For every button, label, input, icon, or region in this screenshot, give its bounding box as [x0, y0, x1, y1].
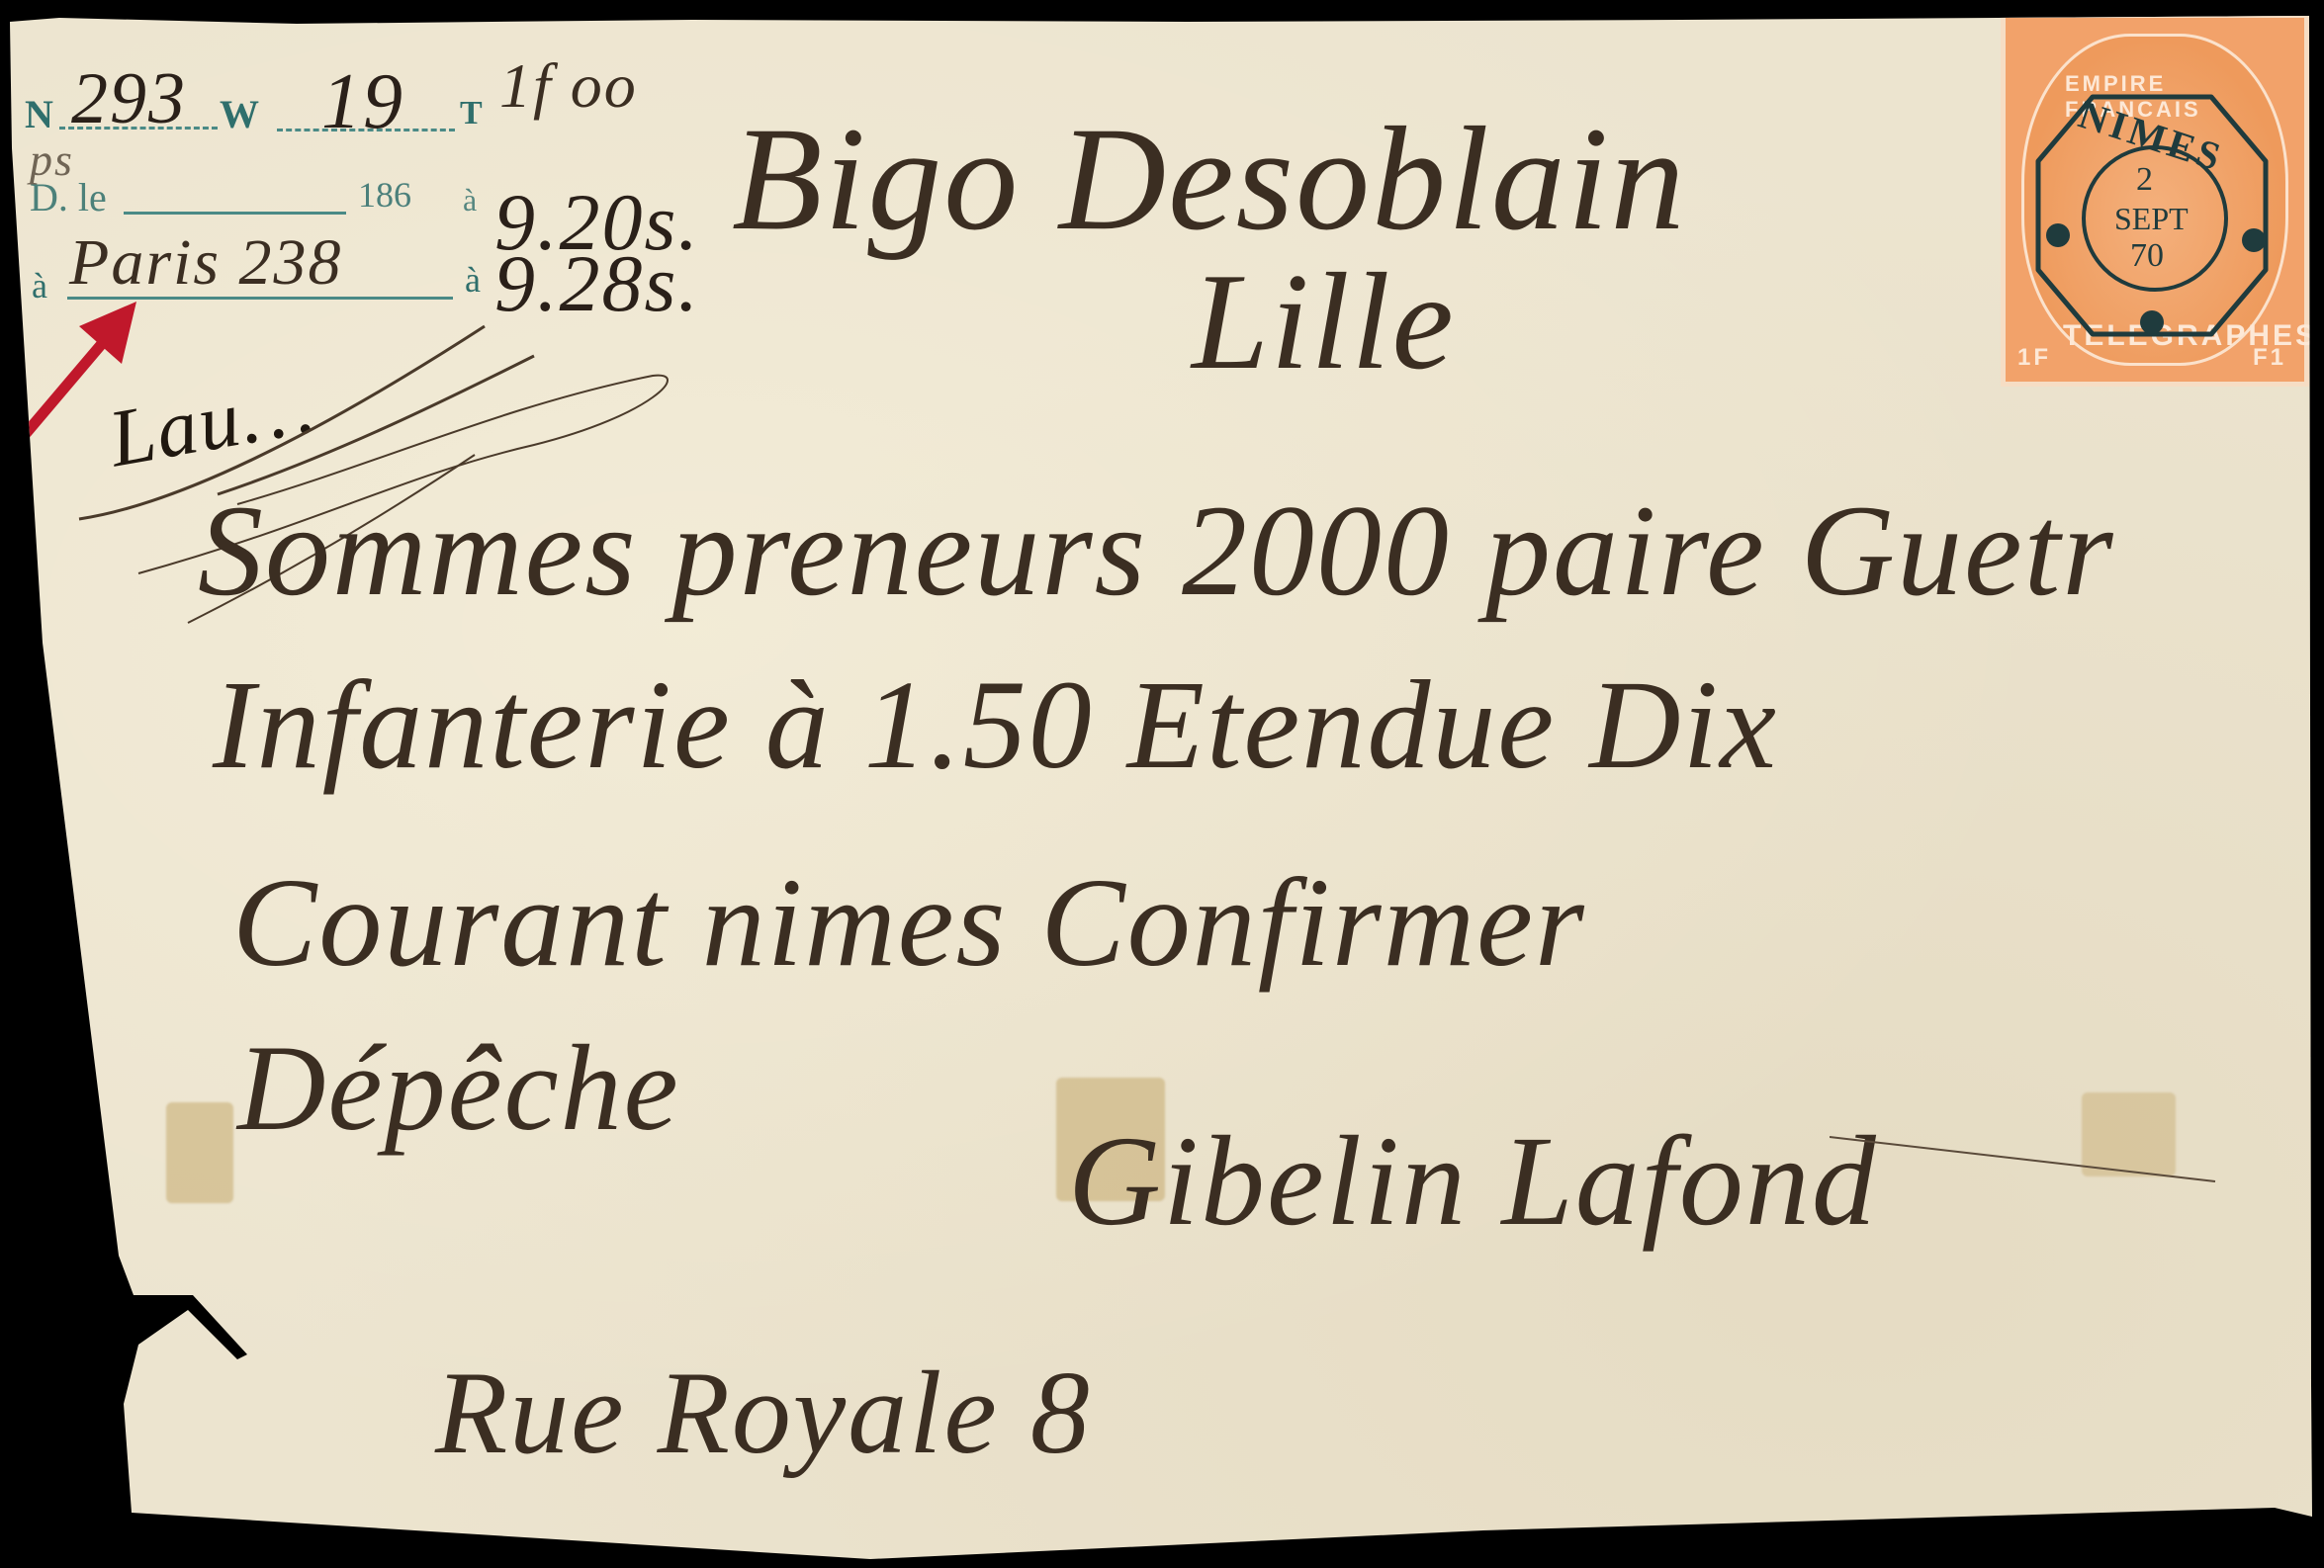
form-label-a-3: à — [465, 259, 481, 301]
message-line-1: Sommes preneurs 2000 paire Guetr — [198, 475, 2115, 626]
sender-address: Rue Royale 8 — [435, 1345, 1092, 1481]
message-line-2: Infanterie à 1.50 Etendue Dix — [213, 653, 1778, 798]
recipient-city: Lille — [1192, 242, 1456, 401]
tax-amount: 1f oo — [499, 49, 638, 123]
message-line-3: Courant nimes Confirmer — [232, 850, 1586, 996]
form-line-date — [124, 212, 346, 215]
tape-stain-left — [166, 1102, 233, 1203]
word-count: 19 — [321, 57, 404, 147]
recipient-name: Bigo Desoblain — [732, 94, 1686, 264]
sender-signature: Gibelin Lafond — [1068, 1107, 1878, 1256]
prefix-mark: ps — [30, 133, 74, 186]
form-label-n: N — [25, 91, 53, 137]
sender-underline — [1830, 1117, 2225, 1196]
telegram-number: 293 — [71, 57, 187, 141]
postmark-day: 2 — [2136, 161, 2153, 199]
telegraph-stamp: EMPIRE FRANCAIS TELEGRAPHES 1F F1 NIMES … — [2006, 18, 2304, 382]
form-year-prefix: 186 — [358, 174, 411, 216]
form-label-t: T — [460, 95, 483, 132]
telegram-paper: N W T D. le 186 à à à 293 ps 19 1f oo 9.… — [0, 0, 2324, 1568]
form-label-w: W — [220, 91, 259, 137]
postmark-year: 70 — [2130, 237, 2164, 275]
routing-note: Paris 238 — [69, 225, 343, 301]
postmark-month: SEPT — [2114, 201, 2189, 237]
message-line-4: Dépêche — [237, 1018, 680, 1159]
form-label-a-1: à — [463, 182, 477, 218]
